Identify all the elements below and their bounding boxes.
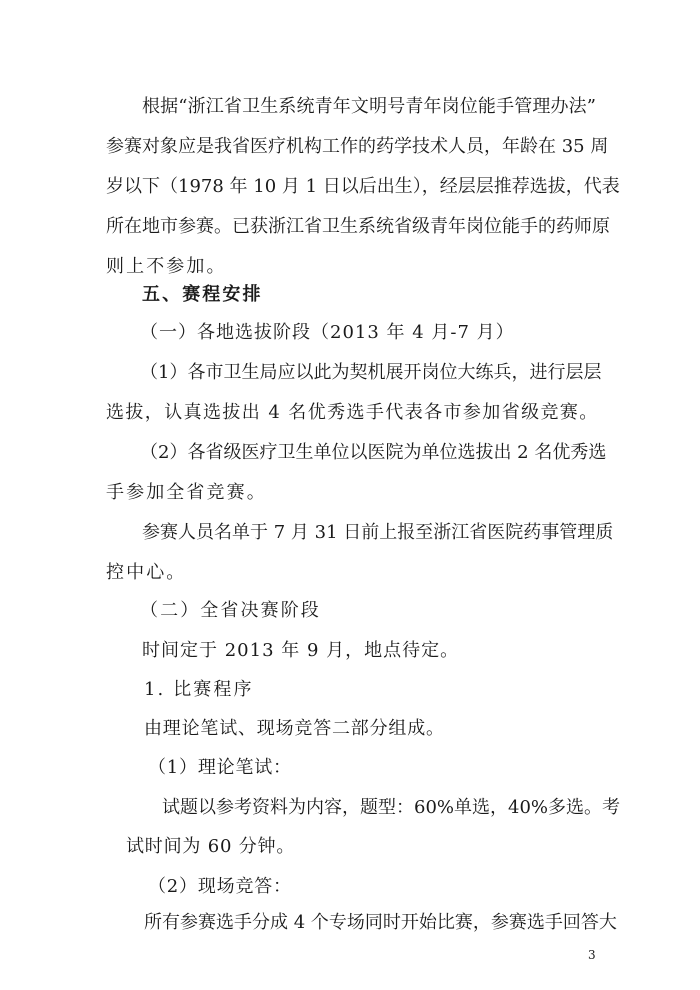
procedure-description: 由理论笔试、现场竞答二部分组成。 (144, 718, 634, 740)
item1-line: 选拔，认真选拔出 4 名优秀选手代表各市参加省级竞赛。 (106, 402, 596, 424)
paragraph-eligibility-line: 则上不参加。 (106, 256, 596, 278)
written-test-heading: （1）理论笔试： (148, 757, 638, 779)
document-page: 根据“浙江省卫生系统青年文明号青年岗位能手管理办法” 参赛对象应是我省医疗机构工… (0, 0, 700, 990)
written-test-line: 试题以参考资料为内容，题型：60%单选，40%多选。考 (162, 797, 596, 819)
stage1-heading: （一）各地选拔阶段（2013 年 4 月-7 月） (140, 322, 630, 344)
paragraph-eligibility-line: 参赛对象应是我省医疗机构工作的药学技术人员，年龄在 35 周 (106, 136, 596, 158)
submission-line: 控中心。 (106, 562, 596, 584)
live-quiz-heading: （2）现场竞答： (148, 876, 638, 898)
paragraph-eligibility-line: 所在地市参赛。已获浙江省卫生系统省级青年岗位能手的药师原 (106, 216, 596, 238)
submission-line: 参赛人员名单于 7 月 31 日前上报至浙江省医院药事管理质 (142, 522, 596, 544)
section-heading: 五、赛程安排 (142, 284, 632, 306)
page-number: 3 (588, 948, 596, 962)
procedure-heading: 1. 比赛程序 (144, 679, 634, 701)
paragraph-eligibility-line: 岁以下（1978 年 10 月 1 日以后出生），经层层推荐选拔，代表 (106, 176, 596, 198)
stage2-heading: （二）全省决赛阶段 (140, 600, 630, 622)
written-test-line: 试时间为 60 分钟。 (126, 836, 616, 858)
live-quiz-line: 所有参赛选手分成 4 个专场同时开始比赛，参赛选手回答大 (144, 912, 596, 934)
item2-line: （2）各省级医疗卫生单位以医院为单位选拔出 2 名优秀选 (140, 442, 596, 464)
stage2-time: 时间定于 2013 年 9 月，地点待定。 (142, 640, 632, 662)
item1-line: （1）各市卫生局应以此为契机展开岗位大练兵，进行层层 (140, 362, 596, 384)
item2-line: 手参加全省竞赛。 (106, 482, 596, 504)
paragraph-eligibility-line: 根据“浙江省卫生系统青年文明号青年岗位能手管理办法” (142, 96, 596, 118)
